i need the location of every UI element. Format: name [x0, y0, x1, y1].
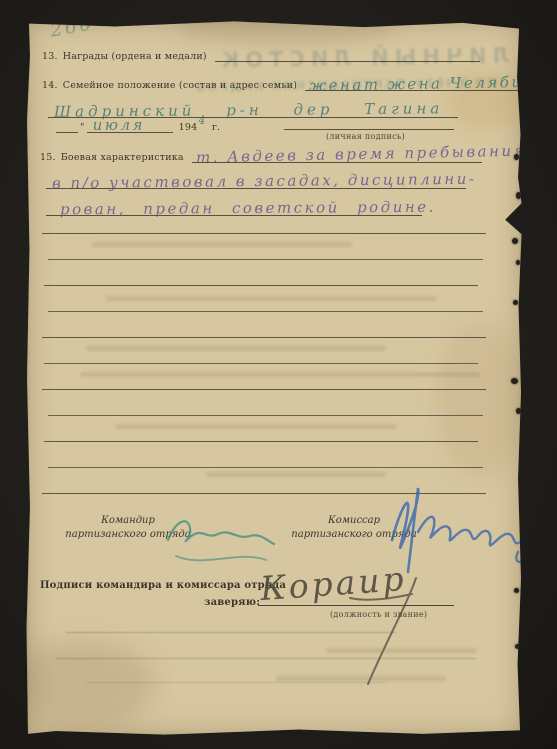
blank-ruled-line: [42, 208, 486, 234]
paper-stain: [6, 640, 156, 730]
paper-stain: [176, 5, 396, 45]
corner-number: 260: [48, 12, 95, 41]
certify-label-line2: заверяю:: [204, 597, 260, 608]
month-line: июля: [87, 119, 173, 133]
blank-ruled-line: [44, 416, 478, 442]
bleedthrough-line: [86, 682, 386, 683]
paper-hole: [511, 378, 518, 384]
paper-hole: [516, 260, 520, 265]
blank-ruled-line: [42, 312, 486, 338]
personal-signature-caption: (личная подпись): [326, 132, 405, 141]
paper-hole: [514, 154, 519, 160]
quote-mark: ": [80, 122, 85, 133]
paper-hole: [512, 238, 518, 244]
field-combat: 15. Боевая характеристика т. Авдеев за в…: [40, 146, 482, 163]
blank-ruled-section: [42, 208, 486, 494]
date-line: " июля 194 4 г.: [56, 119, 256, 133]
document-page: ЛИЧНЫЙ ЛИСТОК ПО УЧЕТУ ПАРТИЗАНСКИХ КАДР…: [26, 20, 522, 736]
field-awards: 13. Награды (ордена и медали): [42, 48, 480, 62]
blank-ruled-line: [48, 286, 483, 312]
bleedthrough-line: [66, 632, 396, 633]
certify-label-line1: Подписи командира и комиссара отряда: [40, 580, 286, 591]
paper-hole: [513, 300, 518, 305]
blank-ruled-line: [44, 338, 478, 364]
day-blank: [56, 119, 78, 133]
blank-ruled-line: [48, 234, 483, 260]
handwritten-family-1: женат жена Челябинской об.: [309, 71, 557, 94]
family-value-line: женат жена Челябинской об.: [305, 77, 540, 91]
paper-hole: [515, 644, 521, 649]
combat-value-line2: в п/о участвовал в засадах, дисциплини-: [46, 170, 466, 189]
field-label: Награды (ордена и медали): [63, 51, 207, 62]
field-number: 14.: [42, 80, 58, 91]
paper-hole: [516, 408, 521, 414]
paper-hole: [514, 588, 519, 593]
handwritten-month: июля: [93, 116, 145, 134]
awards-value-line: [215, 48, 480, 62]
field-number: 15.: [40, 152, 56, 163]
blank-ruled-line: [44, 260, 478, 286]
paper-hole: [516, 192, 521, 199]
field-combat-line2: в п/о участвовал в засадах, дисциплини-: [46, 170, 466, 189]
year-printed: 194: [179, 122, 198, 133]
field-label: Семейное положение (состав и адрес семьи…: [63, 80, 297, 91]
photo-background: { "document": { "corner_mark": "260", "b…: [0, 0, 557, 749]
combat-value-line: т. Авдеев за время пребывания: [192, 146, 482, 163]
commander-signature: [162, 506, 282, 576]
field-number: 13.: [42, 51, 58, 62]
handwritten-year-digit: 4: [198, 114, 208, 127]
field-label: Боевая характеристика: [61, 152, 184, 163]
year-suffix: г.: [212, 122, 220, 133]
field-family: 14. Семейное положение (состав и адрес с…: [42, 77, 540, 91]
blank-ruled-line: [48, 442, 483, 468]
bleedthrough-line: [56, 658, 476, 659]
handwritten-combat-1: т. Авдеев за время пребывания: [196, 142, 526, 167]
certify-caption: (должность и звание): [330, 610, 427, 619]
blank-ruled-line: [48, 390, 483, 416]
blank-ruled-line: [42, 364, 486, 390]
handwritten-combat-2: в п/о участвовал в засадах, дисциплини-: [52, 170, 477, 192]
personal-signature-line: [284, 116, 454, 130]
